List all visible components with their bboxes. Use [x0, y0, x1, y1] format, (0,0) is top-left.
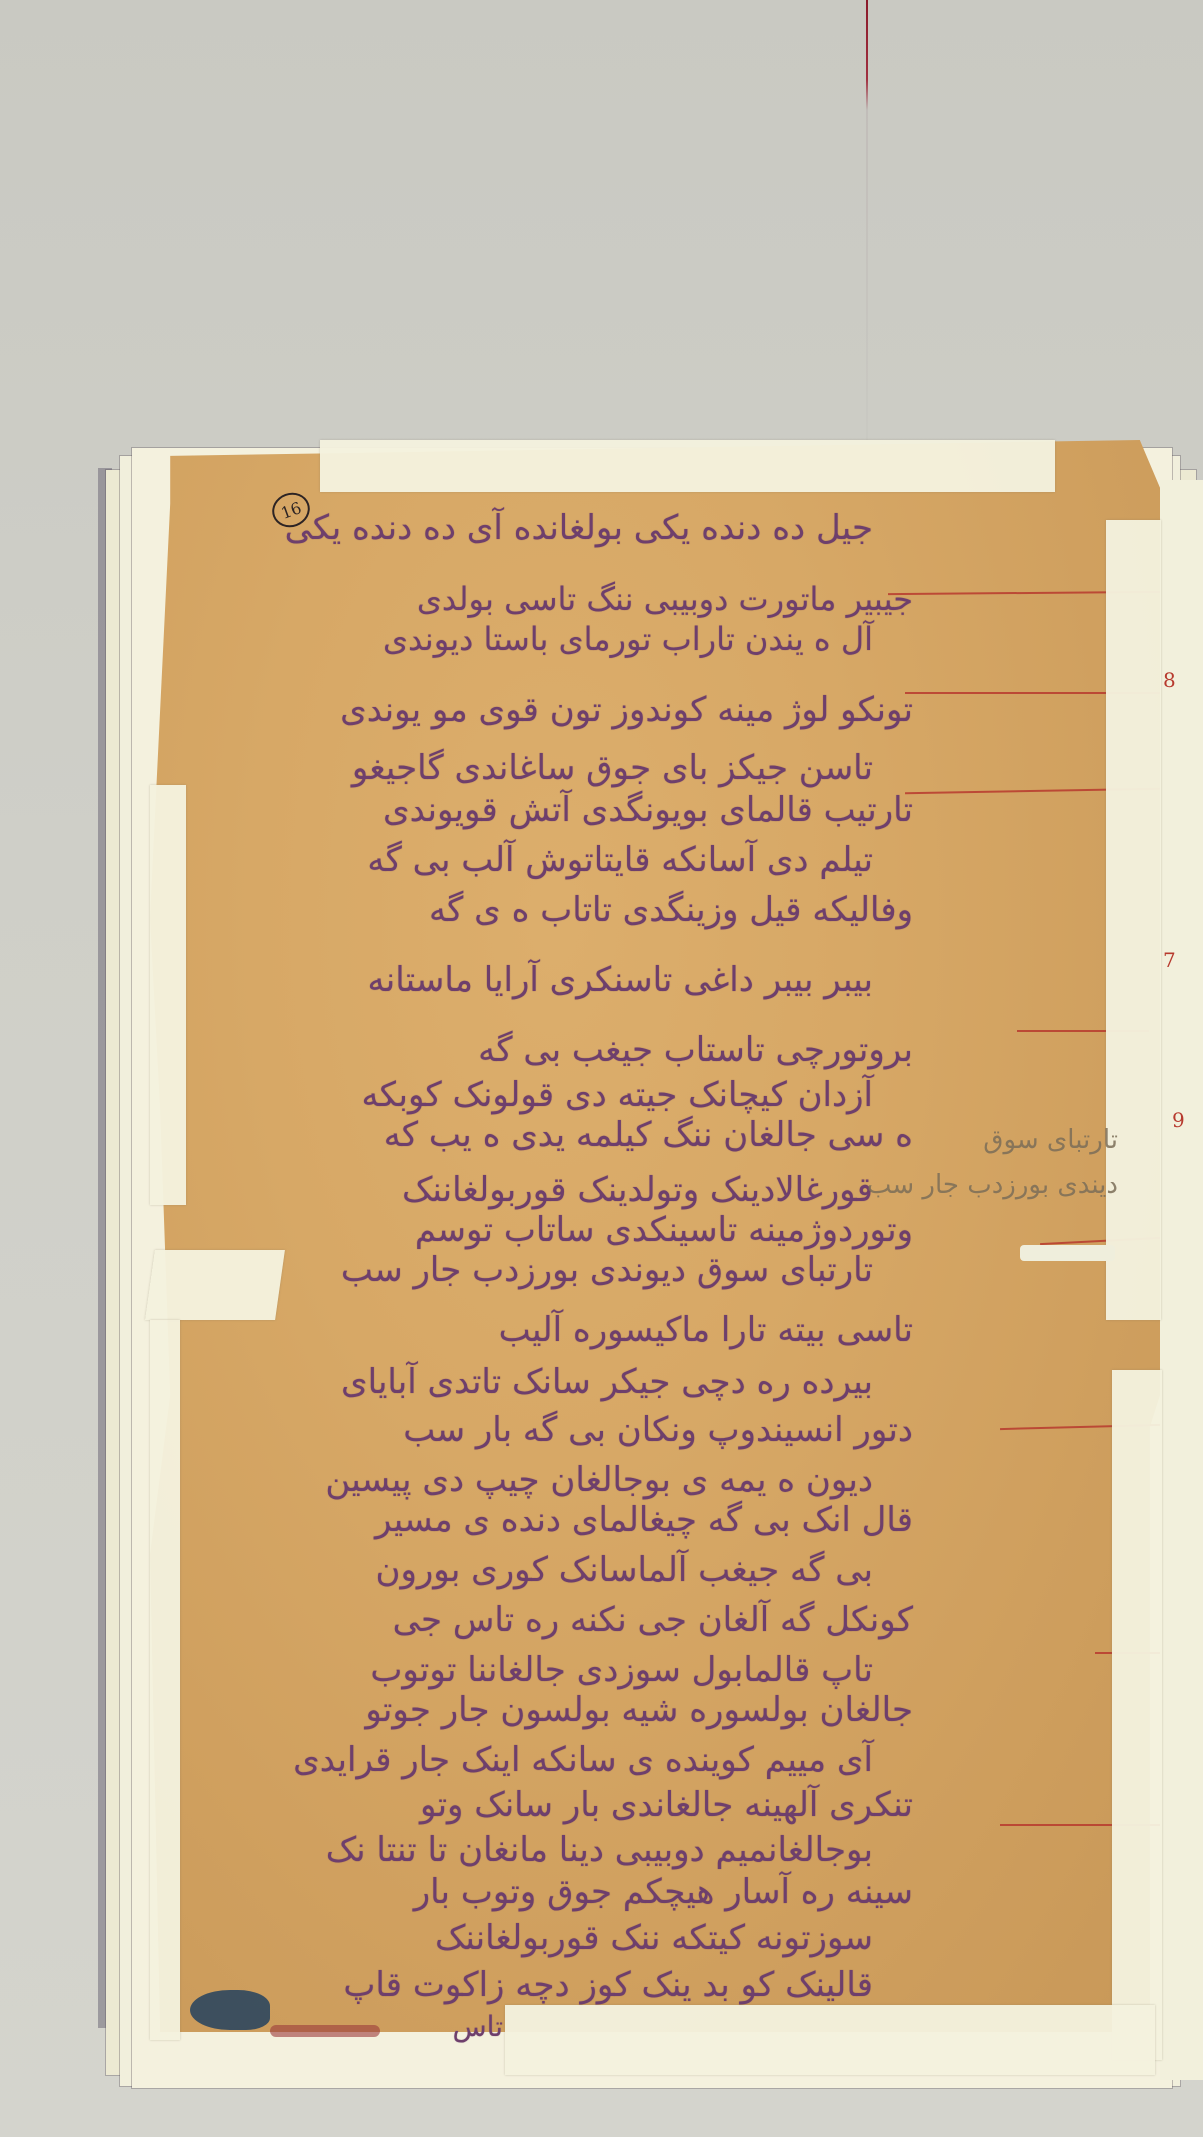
text-line: تاسی بیته تارا ماکیسوره آلیب: [499, 1310, 913, 1350]
repair-tape: [1112, 1370, 1162, 2060]
text-line: قال انک بی گه چیغالمای دنده ی مسیر: [375, 1500, 913, 1540]
text-line: جیبیر ماتورت دوبیبی ننگ تاسی بولدی: [417, 580, 913, 618]
repair-tape: [320, 440, 1055, 492]
text-line: آل ه یندن تاراب تورمای باستا دیوندی: [383, 620, 873, 658]
text-line: تونکو لوژ مینه کوندوز تون قوی مو یوندی: [340, 690, 913, 730]
text-line: آی مییم کوینده ی سانکه اینک جار قرایدی: [293, 1740, 873, 1780]
text-line: تاسن جیکز بای جوق ساغاندی گاجیغو: [352, 748, 873, 788]
text-line: کونکل گه آلغان جی نکنه ره تاس جی: [393, 1600, 913, 1640]
text-line: سوزتونه کیتکه ننک قوربولغاننک: [435, 1918, 873, 1958]
text-line: تارتبای سوق دیوندی بورزدب جار سب: [341, 1250, 873, 1290]
margin-number: 7: [1163, 948, 1176, 972]
text-line: تنکری آلهینه جالغاندی بار سانک وتو: [420, 1785, 913, 1825]
repair-tape: [1106, 520, 1161, 1320]
text-line: وفالیکه قیل وزینگدی تاتاب ه ی گه: [429, 890, 913, 930]
repair-tape: [145, 1250, 285, 1320]
text-line: جیل ده دنده یکی بولغانده آی ده دنده یکی: [285, 508, 873, 548]
text-line: جالغان بولسوره شیه بولسون جار جوتو: [365, 1690, 913, 1730]
text-line: تاس: [452, 2010, 503, 2043]
paper-tear: [1020, 1245, 1115, 1261]
text-line: بروتورچی تاستاب جیغب بی گه: [478, 1030, 913, 1070]
red-stain: [270, 2025, 380, 2037]
text-line: بوجالغانمیم دوبیبی دینا مانغان تا تنتا ن…: [326, 1830, 873, 1870]
pencil-note: دیندی بورزدب جار سب: [867, 1170, 1118, 1200]
text-line: بیبر بیبر داغی تاسنکری آرایا ماستانه: [368, 960, 873, 1000]
ink-stain: [190, 1990, 270, 2030]
text-line: قورغالادینک وتولدینک قوربولغاننک: [402, 1170, 873, 1210]
repair-tape: [505, 2005, 1155, 2075]
text-line: تاپ قالمابول سوزدی جالغاننا توتوب: [370, 1650, 873, 1690]
right-margin-strip: [1160, 480, 1203, 2080]
text-line: بیرده ره دچی جیکر سانک تاتدی آبایای: [341, 1362, 873, 1402]
text-line: تارتیب قالمای بویونگدی آتش قویوندی: [383, 790, 913, 830]
text-line: بی گه جیغب آلماسانک کوری بورون: [376, 1550, 874, 1590]
repair-tape: [150, 785, 186, 1205]
text-line: آزدان کیچانک جیته دی قولونک کوبکه: [362, 1075, 873, 1115]
margin-number: 9: [1172, 1108, 1185, 1132]
background-crease: [866, 0, 868, 440]
text-line: دتور انسیندوپ ونکان بی گه بار سب: [403, 1410, 913, 1450]
pencil-note: تارتبای سوق: [983, 1125, 1118, 1155]
margin-number: 8: [1163, 668, 1176, 692]
text-line: دیون ه یمه ی بوجالغان چیپ دی پیسین: [325, 1460, 873, 1500]
text-line: تیلم دی آسانکه قایتاتوش آلب بی گه: [367, 840, 873, 880]
text-line: ه سی جالغان ننگ کیلمه یدی ه یب که: [384, 1115, 913, 1155]
text-line: وتوردوژمینه تاسینکدی ساتاب توسم: [415, 1210, 913, 1250]
text-line: قالینک کو بد ینک کوز دچه زاکوت قاپ: [343, 1965, 873, 2005]
repair-tape: [150, 1320, 180, 2040]
text-line: سینه ره آسار هیچکم جوق وتوب بار: [414, 1872, 913, 1912]
